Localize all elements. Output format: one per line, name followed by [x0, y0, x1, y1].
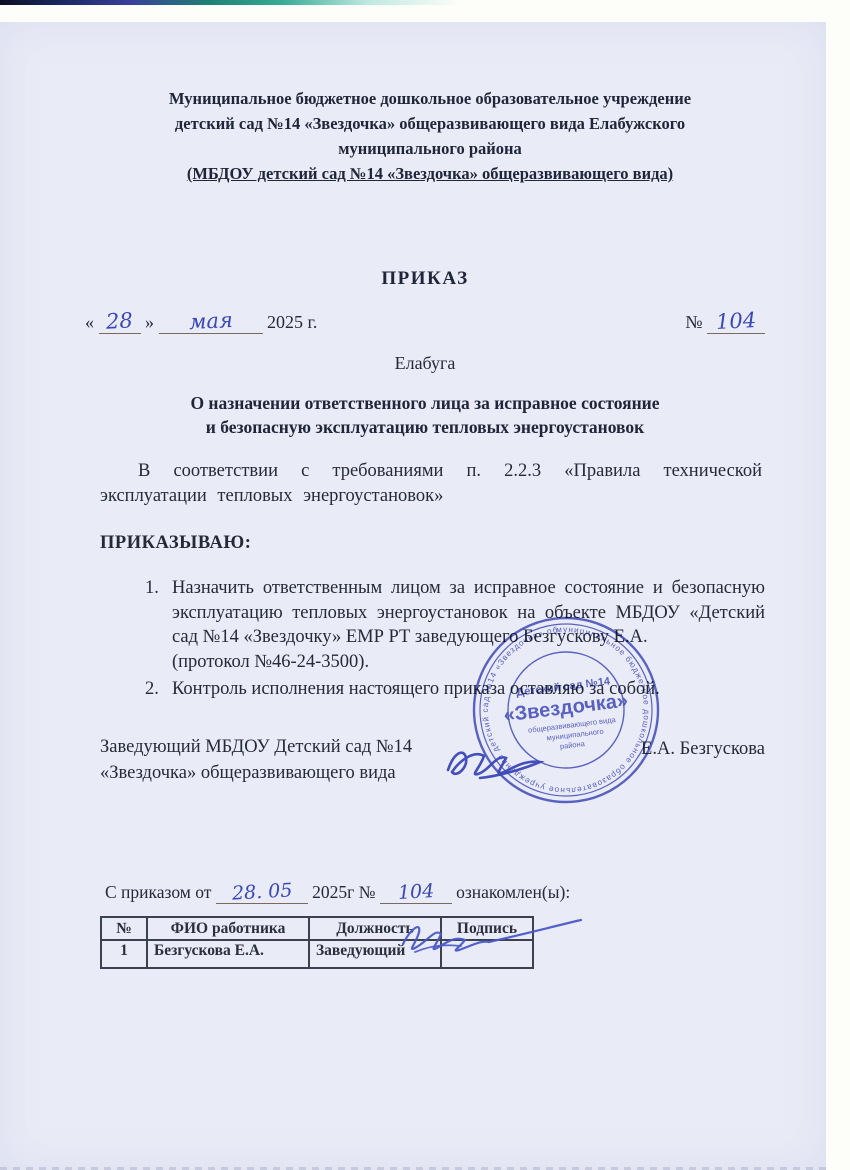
org-name-line-2: детский сад №14 «Звездочка» общеразвиваю…: [80, 111, 780, 136]
order-item-2: Контроль исполнения настоящего приказа о…: [145, 677, 765, 702]
acknowledgement-table: № ФИО работника Должность Подпись 1 Безг…: [100, 916, 534, 969]
handwritten-ack-date: 28. 05: [231, 882, 292, 901]
org-name-line-1: Муниципальное бюджетное дошкольное образ…: [80, 86, 780, 111]
ack-suffix: ознакомлен(ы):: [456, 882, 570, 902]
signature-block: Заведующий МБДОУ Детский сад №14 «Звездо…: [100, 734, 765, 786]
ack-date-blank: 28. 05: [216, 882, 308, 904]
acknowledgement-line: С приказом от 28. 05 2025г № 104 ознаком…: [105, 882, 850, 904]
cell-number: 1: [101, 940, 147, 968]
cell-signature: [441, 940, 533, 968]
handwritten-number: 104: [716, 312, 757, 330]
order-subject: О назначении ответственного лица за испр…: [0, 391, 850, 439]
order-item-2-text: Контроль исполнения настоящего приказа о…: [172, 679, 660, 699]
col-post: Должность: [309, 917, 441, 940]
ack-number-blank: 104: [380, 882, 452, 904]
quote-open: «: [85, 312, 94, 332]
organization-header: Муниципальное бюджетное дошкольное образ…: [80, 86, 780, 186]
org-name-line-3: муниципального района: [80, 136, 780, 161]
subject-line-2: и безопасную эксплуатацию тепловых энерг…: [0, 415, 850, 439]
number-sign: №: [685, 312, 702, 332]
handwritten-day: 28: [106, 312, 134, 329]
order-items-list: Назначить ответственным лицом за исправн…: [145, 576, 765, 702]
intro-paragraph: В соответствии с требованиями п. 2.2.3 «…: [100, 459, 762, 509]
order-heading: ПРИКАЗЫВАЮ:: [100, 533, 850, 554]
order-item-1-text: Назначить ответственным лицом за исправн…: [172, 578, 765, 647]
scan-artifact-band: [0, 0, 540, 5]
org-short-name: (МБДОУ детский сад №14 «Звездочка» общер…: [80, 161, 780, 186]
table-header-row: № ФИО работника Должность Подпись: [101, 917, 533, 940]
ack-prefix: С приказом от: [105, 882, 211, 902]
date-number-row: « 28 » мая 2025 г. № 104: [85, 312, 765, 334]
signer-title-line-1: Заведующий МБДОУ Детский сад №14: [100, 734, 412, 760]
day-blank: 28: [99, 312, 141, 334]
signer-title: Заведующий МБДОУ Детский сад №14 «Звездо…: [100, 734, 412, 786]
table-row: 1 Безгускова Е.А. Заведующий: [101, 940, 533, 968]
quote-close: »: [145, 312, 154, 332]
scanned-page: Муниципальное бюджетное дошкольное образ…: [0, 22, 826, 1170]
order-number-field: № 104: [685, 312, 765, 334]
ack-mid: 2025г №: [312, 882, 375, 902]
handwritten-ack-number: 104: [397, 883, 434, 901]
year-label: 2025 г.: [267, 312, 317, 332]
number-blank: 104: [707, 312, 765, 334]
month-blank: мая: [159, 312, 263, 334]
handwritten-month: мая: [188, 312, 233, 330]
subject-line-1: О назначении ответственного лица за испр…: [0, 391, 850, 415]
date-field: « 28 » мая 2025 г.: [85, 312, 317, 334]
signer-name: Е.А. Безгускова: [641, 736, 765, 786]
cell-fio: Безгускова Е.А.: [147, 940, 309, 968]
cell-post: Заведующий: [309, 940, 441, 968]
document-title: ПРИКАЗ: [0, 268, 850, 290]
order-item-1: Назначить ответственным лицом за исправн…: [145, 576, 765, 674]
col-fio: ФИО работника: [147, 917, 309, 940]
col-number: №: [101, 917, 147, 940]
city-name: Елабуга: [0, 353, 850, 374]
signer-title-line-2: «Звездочка» общеразвивающего вида: [100, 760, 412, 786]
col-sign: Подпись: [441, 917, 533, 940]
order-item-1-note: (протокол №46-24-3500).: [172, 650, 765, 675]
